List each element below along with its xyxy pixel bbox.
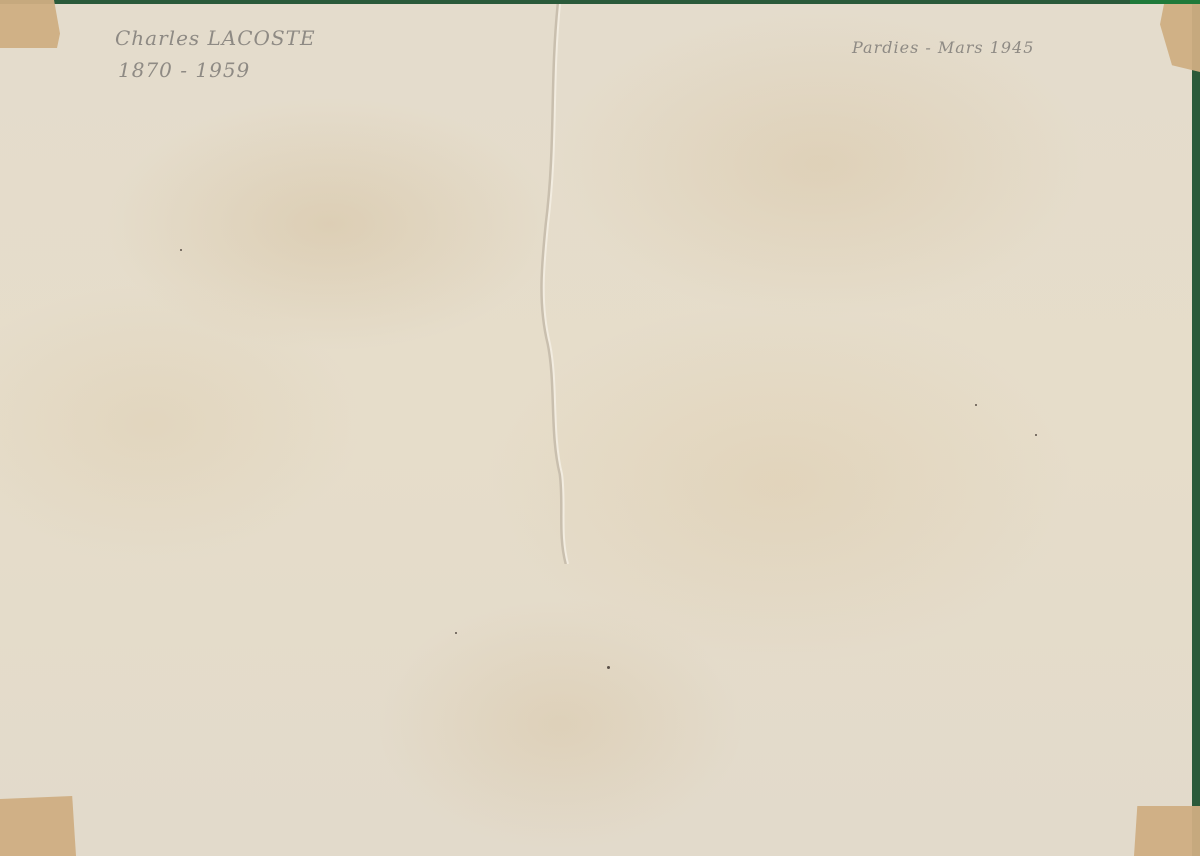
tape-bottom-right	[1134, 806, 1200, 856]
place-date-inscription: Pardies - Mars 1945	[852, 38, 1034, 57]
tape-bottom-left	[0, 796, 76, 856]
paper-crease	[520, 4, 580, 564]
dates-inscription: 1870 - 1959	[118, 58, 250, 82]
artist-inscription: Charles LACOSTE	[115, 26, 316, 50]
paper-back: Charles LACOSTE 1870 - 1959 Pardies - Ma…	[0, 4, 1192, 856]
tape-top-left	[0, 0, 60, 48]
